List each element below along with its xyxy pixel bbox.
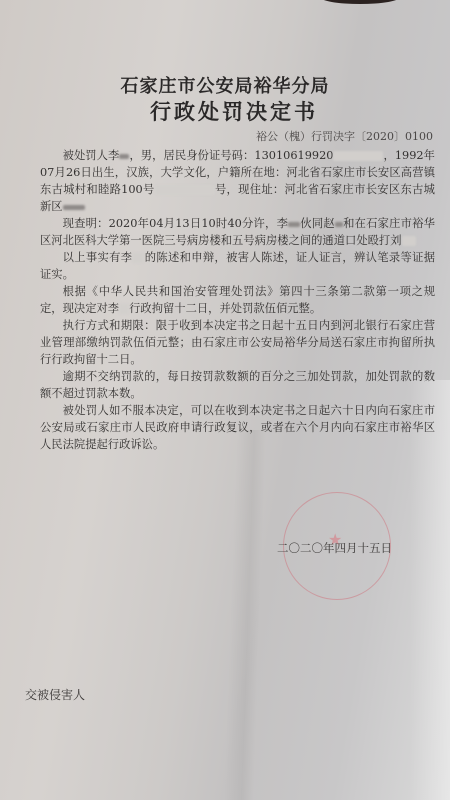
recipient-note: 交被侵害人: [25, 686, 85, 703]
paragraph-appeal: 被处罚人如不服本决定，可以在收到本决定书之日起六十日内向石家庄市公安局或石家庄市…: [40, 402, 435, 453]
redaction: [119, 304, 129, 314]
redaction: [402, 236, 416, 246]
paragraph-evidence: 以上事实有李的陈述和申辩，被害人陈述，证人证言，辨认笔录等证据证实。: [40, 249, 435, 283]
redaction: [333, 151, 383, 161]
redaction: [132, 253, 144, 263]
document-number: 裕公（槐）行罚决字〔2020〕0100: [256, 128, 433, 144]
redaction: [288, 222, 300, 227]
paragraph-decision: 根据《中华人民共和国治安管理处罚法》第四十三条第二款第一项之规定，现决定对李行政…: [40, 283, 435, 317]
redaction: [119, 154, 129, 159]
issue-date: 二〇二〇年四月十五日: [277, 540, 392, 556]
paragraph-facts: 现查明：2020年04月13日10时40分许，李伙同赵和在石家庄市裕华区河北医科…: [40, 215, 435, 249]
photo-shadow: [320, 0, 400, 4]
paragraph-late-penalty: 逾期不交纳罚款的，每日按罚款数额的百分之三加处罚款，加处罚款的数额不超过罚款本数…: [40, 368, 435, 402]
paragraph-offender-info: 被处罚人李，男，居民身份证号码：13010619920，1992年07月26日出…: [40, 147, 435, 215]
paper-fold-shadow: [224, 430, 267, 800]
redaction: [63, 205, 85, 210]
issuing-organization: 石家庄市公安局裕华分局: [0, 72, 450, 98]
document-body: 被处罚人李，男，居民身份证号码：13010619920，1992年07月26日出…: [40, 147, 435, 453]
redaction: [335, 222, 343, 227]
paragraph-execution: 执行方式和期限：限于收到本决定书之日起十五日内到河北银行石家庄营业管理部缴纳罚款…: [40, 317, 435, 368]
redaction: [155, 185, 215, 195]
document-title: 行政处罚决定书: [0, 96, 450, 126]
